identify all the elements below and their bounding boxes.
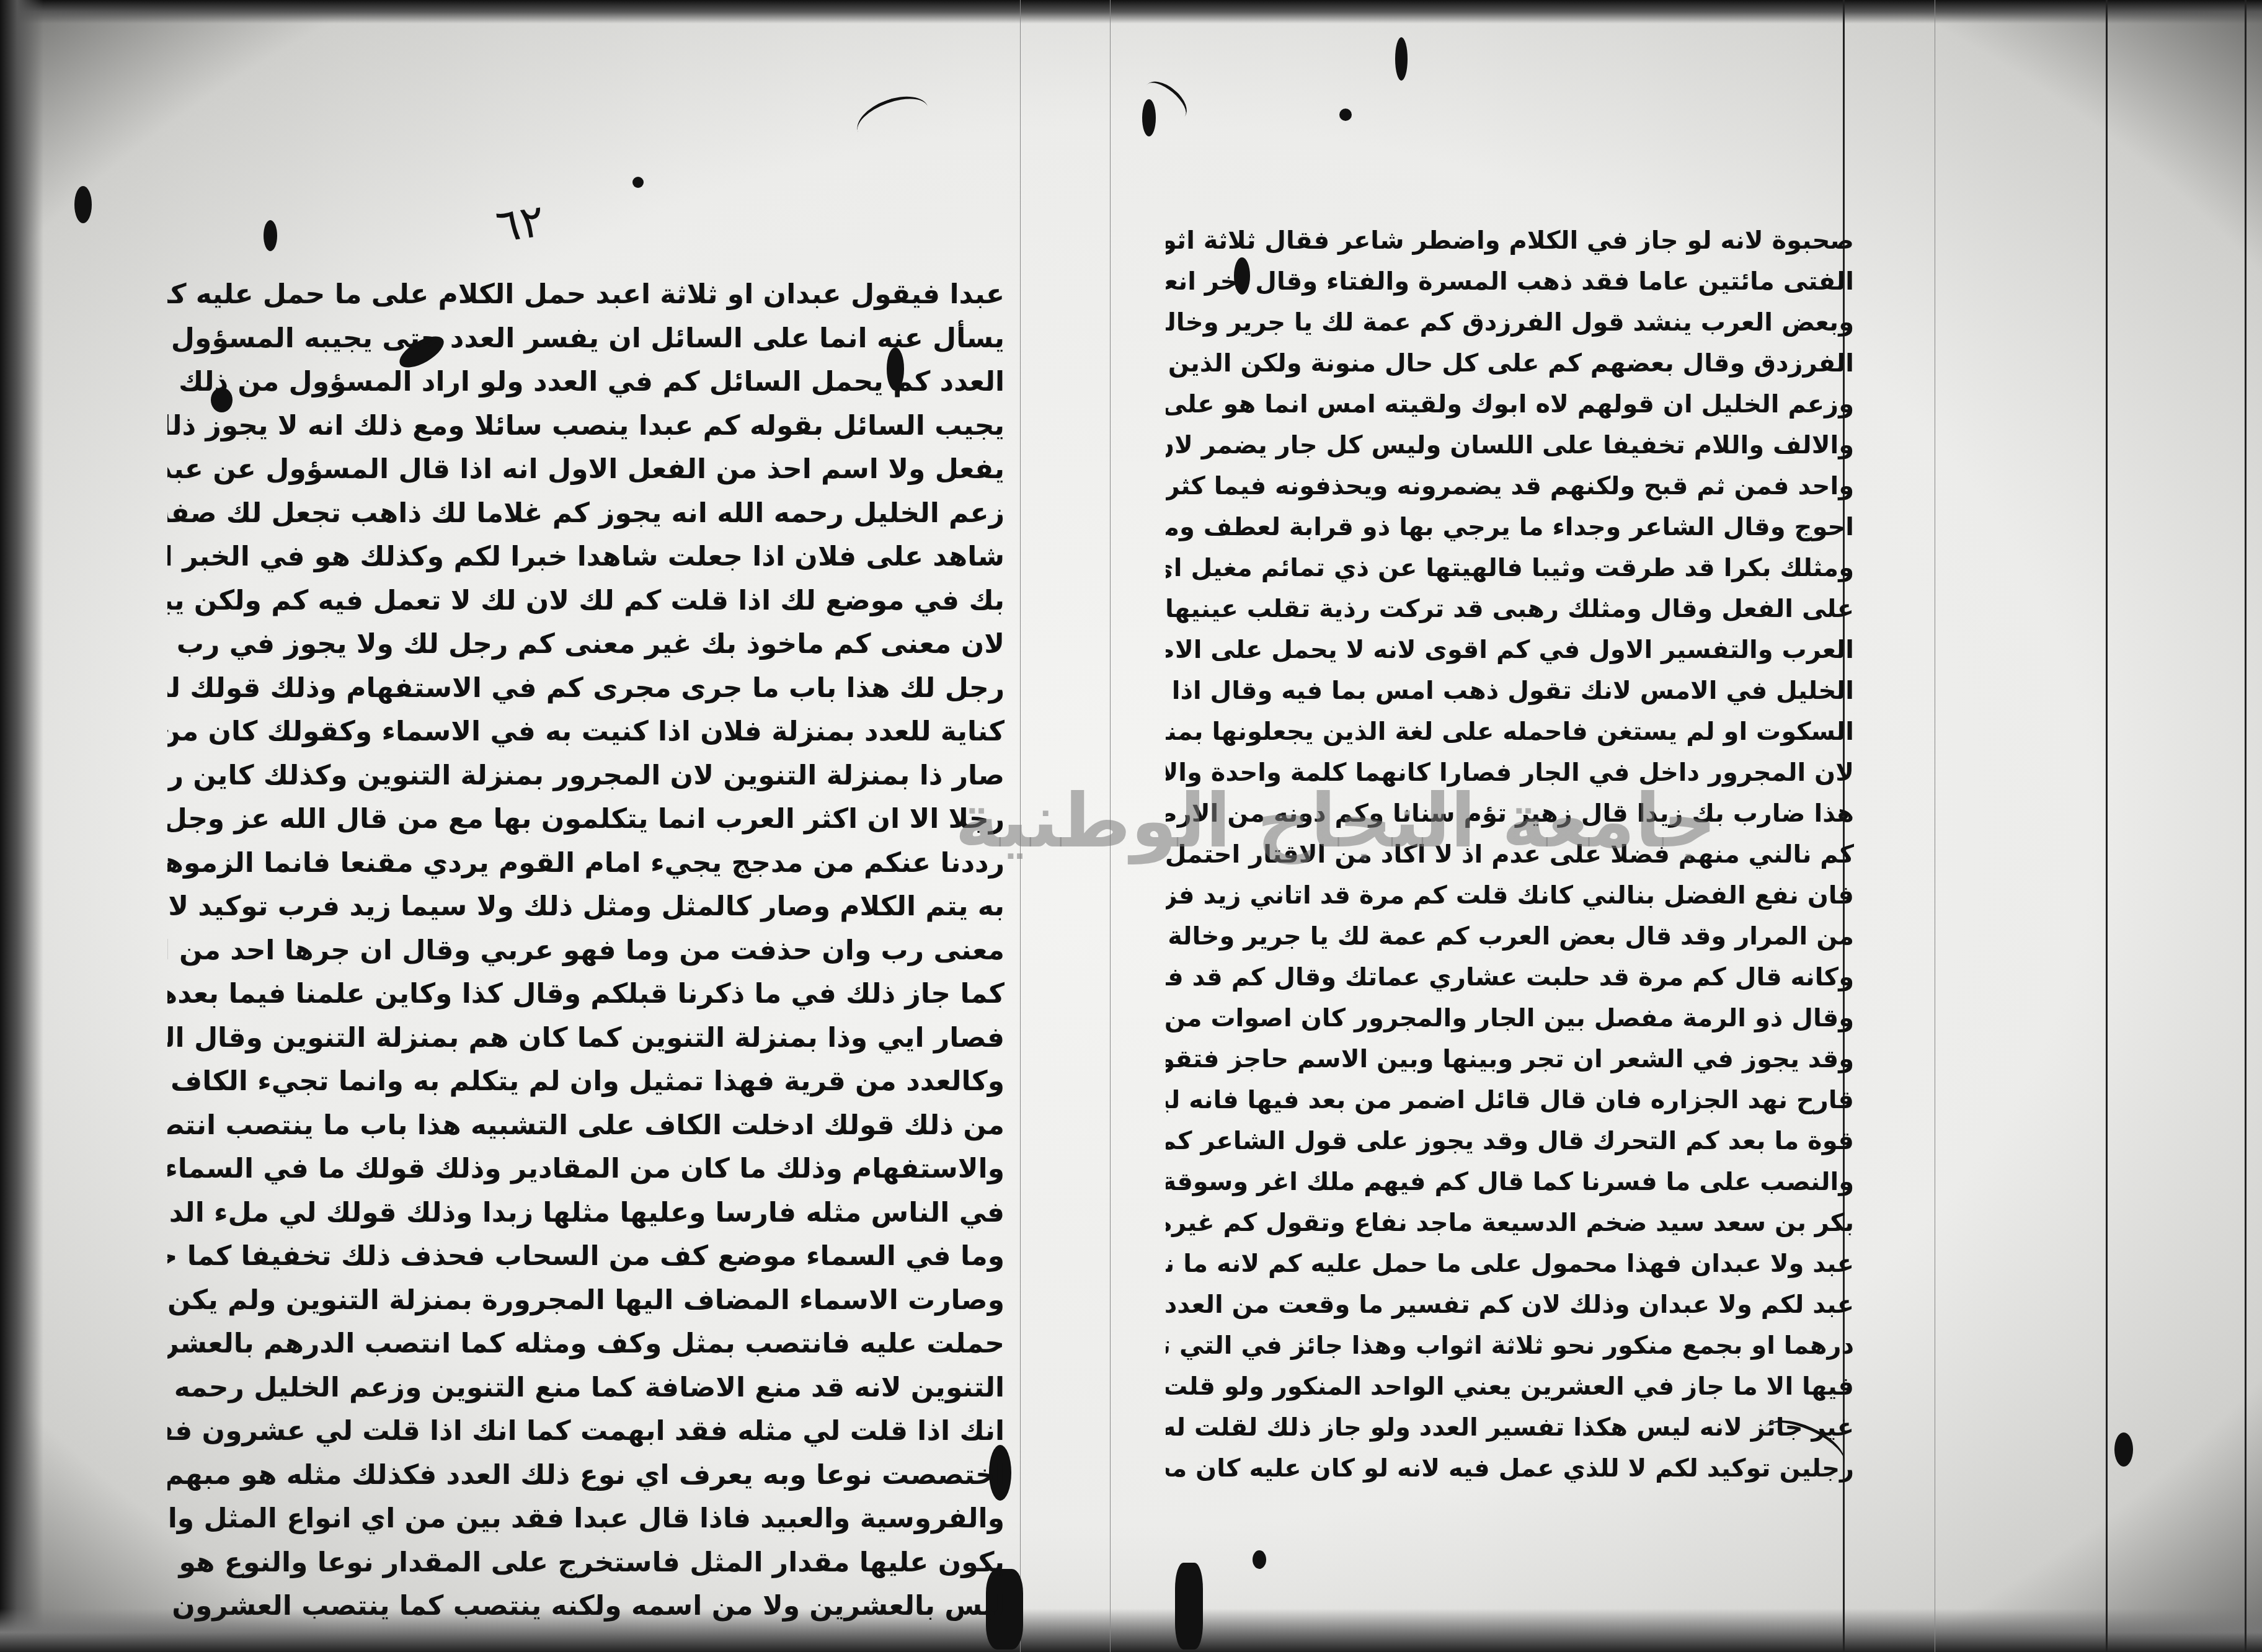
manuscript-line: شاهد على فلان اذا جعلت شاهدا خبرا لكم وك… [167,535,1005,579]
manuscript-line: فصار ايي وذا بمنزلة التنوين كما كان هم ب… [167,1016,1005,1060]
manuscript-line: به يتم الكلام وصار كالمثل ومثل ذلك ولا س… [167,885,1005,929]
manuscript-scan: ٦٢ عبدا فيقول عبدان او ثلاثة اعبد حمل ال… [0,0,2262,1652]
ink-blot [1395,37,1408,81]
page-frame-rule [1935,0,1935,1652]
manuscript-line: فيها الا ما جاز في العشرين يعني الواحد ا… [1166,1366,1854,1407]
manuscript-line: من ذلك قولك ادخلت الكاف على التشبيه هذا … [167,1104,1005,1148]
manuscript-line: يكون عليها مقدار المثل فاستخرج على المقد… [167,1541,1005,1585]
manuscript-line: والاستفهام وذلك ما كان من المقادير وذلك … [167,1147,1005,1191]
manuscript-line: الفتى مائتين عاما فقد ذهب المسرة والفتاء… [1166,261,1854,302]
manuscript-line: وكالعدد من قرية فهذا تمثيل وان لم يتكلم … [167,1060,1005,1104]
manuscript-line: غير جائز لانه ليس هكذا تفسير العدد ولو ج… [1166,1407,1854,1448]
manuscript-line: رجلين توكيد لكم لا للذي عمل فيه لانه لو … [1166,1448,1854,1489]
manuscript-line [1166,1530,1854,1571]
scan-edge-top [0,0,2262,24]
manuscript-line: التنوين لانه قد منع الاضافة كما منع التن… [167,1366,1005,1410]
manuscript-line: زعم الخليل رحمه الله انه يجوز كم غلاما ل… [167,492,1005,536]
paper-crack [851,87,935,151]
manuscript-line: فان نفع الفضل بنالني كانك قلت كم مرة قد … [1166,875,1854,916]
manuscript-line: وما في السماء موضع كف من السحاب فحذف ذلك… [167,1235,1005,1279]
manuscript-line: والالف واللام تخفيفا على اللسان وليس كل … [1166,425,1854,466]
manuscript-line: والنصب على ما فسرنا كما قال كم فيهم ملك … [1166,1161,1854,1202]
manuscript-line: كناية للعدد بمنزلة فلان اذا كنيت به في ا… [167,710,1005,754]
manuscript-line: يفعل ولا اسم احذ من الفعل الاول انه اذا … [167,448,1005,492]
manuscript-line: كما جاز ذلك في ما ذكرنا قبلكم وقال كذا و… [167,972,1005,1016]
manuscript-line: صحبوة لانه لو جاز في الكلام واضطر شاعر ف… [1166,220,1854,261]
manuscript-line [1166,1571,1854,1612]
manuscript-line: بكر بن سعد سيد ضخم الدسيعة ماجد نفاع وتق… [1166,1202,1854,1243]
manuscript-line: قارح نهد الجزاره فان قال قائل اضمر من بع… [1166,1080,1854,1121]
manuscript-line: رجل لك هذا باب ما جرى مجرى كم في الاستفه… [167,667,1005,711]
manuscript-line [1166,1489,1854,1530]
manuscript-line: وبعض العرب ينشد قول الفرزدق كم عمة لك يا… [1166,302,1854,343]
manuscript-line: رددنا عنكم من مدجج يجيء امام القوم يردي … [167,842,1005,886]
manuscript-line: وصارت الاسماء المضاف اليها المجرورة بمنز… [167,1279,1005,1323]
page-fold-rule [1020,0,1021,1652]
manuscript-line: يسأل عنه انما على السائل ان يفسر العدد ح… [167,317,1005,361]
manuscript-line: العدد كم يحمل السائل كم في العدد ولو ارا… [167,360,1005,404]
manuscript-line: قوة ما بعد كم التحرك قال وقد يجوز على قو… [1166,1121,1854,1161]
manuscript-line: ومثلك بكرا قد طرقت وثيبا فالهيتها عن ذي … [1166,548,1854,588]
manuscript-line: وقد يجوز في الشعر ان تجر وبينها وبين الا… [1166,1039,1854,1080]
manuscript-line: صار ذا بمنزلة التنوين لان المجرور بمنزلة… [167,754,1005,798]
manuscript-line: العرب والتفسير الاول في كم اقوى لانه لا … [1166,629,1854,670]
ink-blot [2114,1432,2133,1467]
manuscript-line: ليس بالعشرين ولا من اسمه ولكنه ينتصب كما… [167,1584,1005,1628]
manuscript-line: والفروسية والعبيد فاذا قال عبدا فقد بين … [167,1497,1005,1541]
ink-blot [74,186,92,223]
page-number: ٦٢ [493,194,548,252]
manuscript-line: معنى رب وان حذفت من وما فهو عربي وقال ان… [167,929,1005,973]
manuscript-line: عبدا فيقول عبدان او ثلاثة اعبد حمل الكلا… [167,273,1005,317]
manuscript-line: في الناس مثله فارسا وعليها مثلها زبدا وذ… [167,1191,1005,1235]
manuscript-line: عبد ولا عبدان فهذا محمول على ما حمل عليه… [1166,1243,1854,1284]
ink-blot [632,177,644,188]
manuscript-line: احوج وقال الشاعر وجداء ما يرجي بها ذو قر… [1166,507,1854,548]
page-frame-rule [2245,0,2246,1652]
manuscript-line: عبد لكم ولا عبدان وذلك لان كم تفسير ما و… [1166,1284,1854,1325]
manuscript-line: هذا ضارب بك زيدا قال زهير تؤم سنانا وكم … [1166,793,1854,834]
left-page: عبدا فيقول عبدان او ثلاثة اعبد حمل الكلا… [167,273,1005,1637]
manuscript-line: من المرار وقد قال بعض العرب كم عمة لك يا… [1166,916,1854,957]
manuscript-line: واحد فمن ثم قبح ولكنهم قد يضمرونه ويحذفو… [1166,466,1854,507]
manuscript-line: الفرزدق وقال بعضهم كم على كل حال منونة و… [1166,343,1854,384]
ink-blot [264,220,277,251]
manuscript-line: على الفعل وقال ومثلك رهبى قد تركت رذية ت… [1166,588,1854,629]
manuscript-line: كم نالني منهم فضلا على عدم اذ لا اكاد من… [1166,834,1854,875]
manuscript-line: درهما او بجمع منكور نحو ثلاثة اثواب وهذا… [1166,1325,1854,1366]
page-fold-rule [1110,0,1111,1652]
manuscript-line: اختصصت نوعا وبه يعرف اي نوع ذلك العدد فك… [167,1454,1005,1498]
right-page: صحبوة لانه لو جاز في الكلام واضطر شاعر ف… [1166,220,1854,1634]
manuscript-line: الخليل في الامس لانك تقول ذهب امس بما في… [1166,670,1854,711]
manuscript-line: وزعم الخليل ان قولهم لاه ابوك ولقيته امس… [1166,384,1854,425]
page-frame-rule [2106,0,2108,1652]
manuscript-line: لان المجرور داخل في الجار فصارا كانهما ك… [1166,752,1854,793]
manuscript-line: رجلا الا ان اكثر العرب انما يتكلمون بها … [167,797,1005,842]
manuscript-line: وقال ذو الرمة مفصل بين الجار والمجرور كا… [1166,998,1854,1039]
scan-edge-left [0,0,43,1652]
ink-blot [1339,109,1352,121]
manuscript-line: لان معنى كم ماخوذ بك غير معنى كم رجل لك … [167,623,1005,667]
manuscript-line: بك في موضع لك اذا قلت كم لك لان لك لا تع… [167,579,1005,623]
manuscript-line: السكوت او لم يستغن فاحمله على لغة الذين … [1166,711,1854,752]
manuscript-line: حملت عليه فانتصب بمثل وكف ومثله كما انتص… [167,1322,1005,1366]
manuscript-line: انك اذا قلت لي مثله فقد ابهمت كما انك اذ… [167,1410,1005,1454]
manuscript-line: يجيب السائل بقوله كم عبدا ينصب سائلا ومع… [167,404,1005,448]
manuscript-line: وكانه قال كم مرة قد حلبت عشاري عماتك وقا… [1166,957,1854,998]
